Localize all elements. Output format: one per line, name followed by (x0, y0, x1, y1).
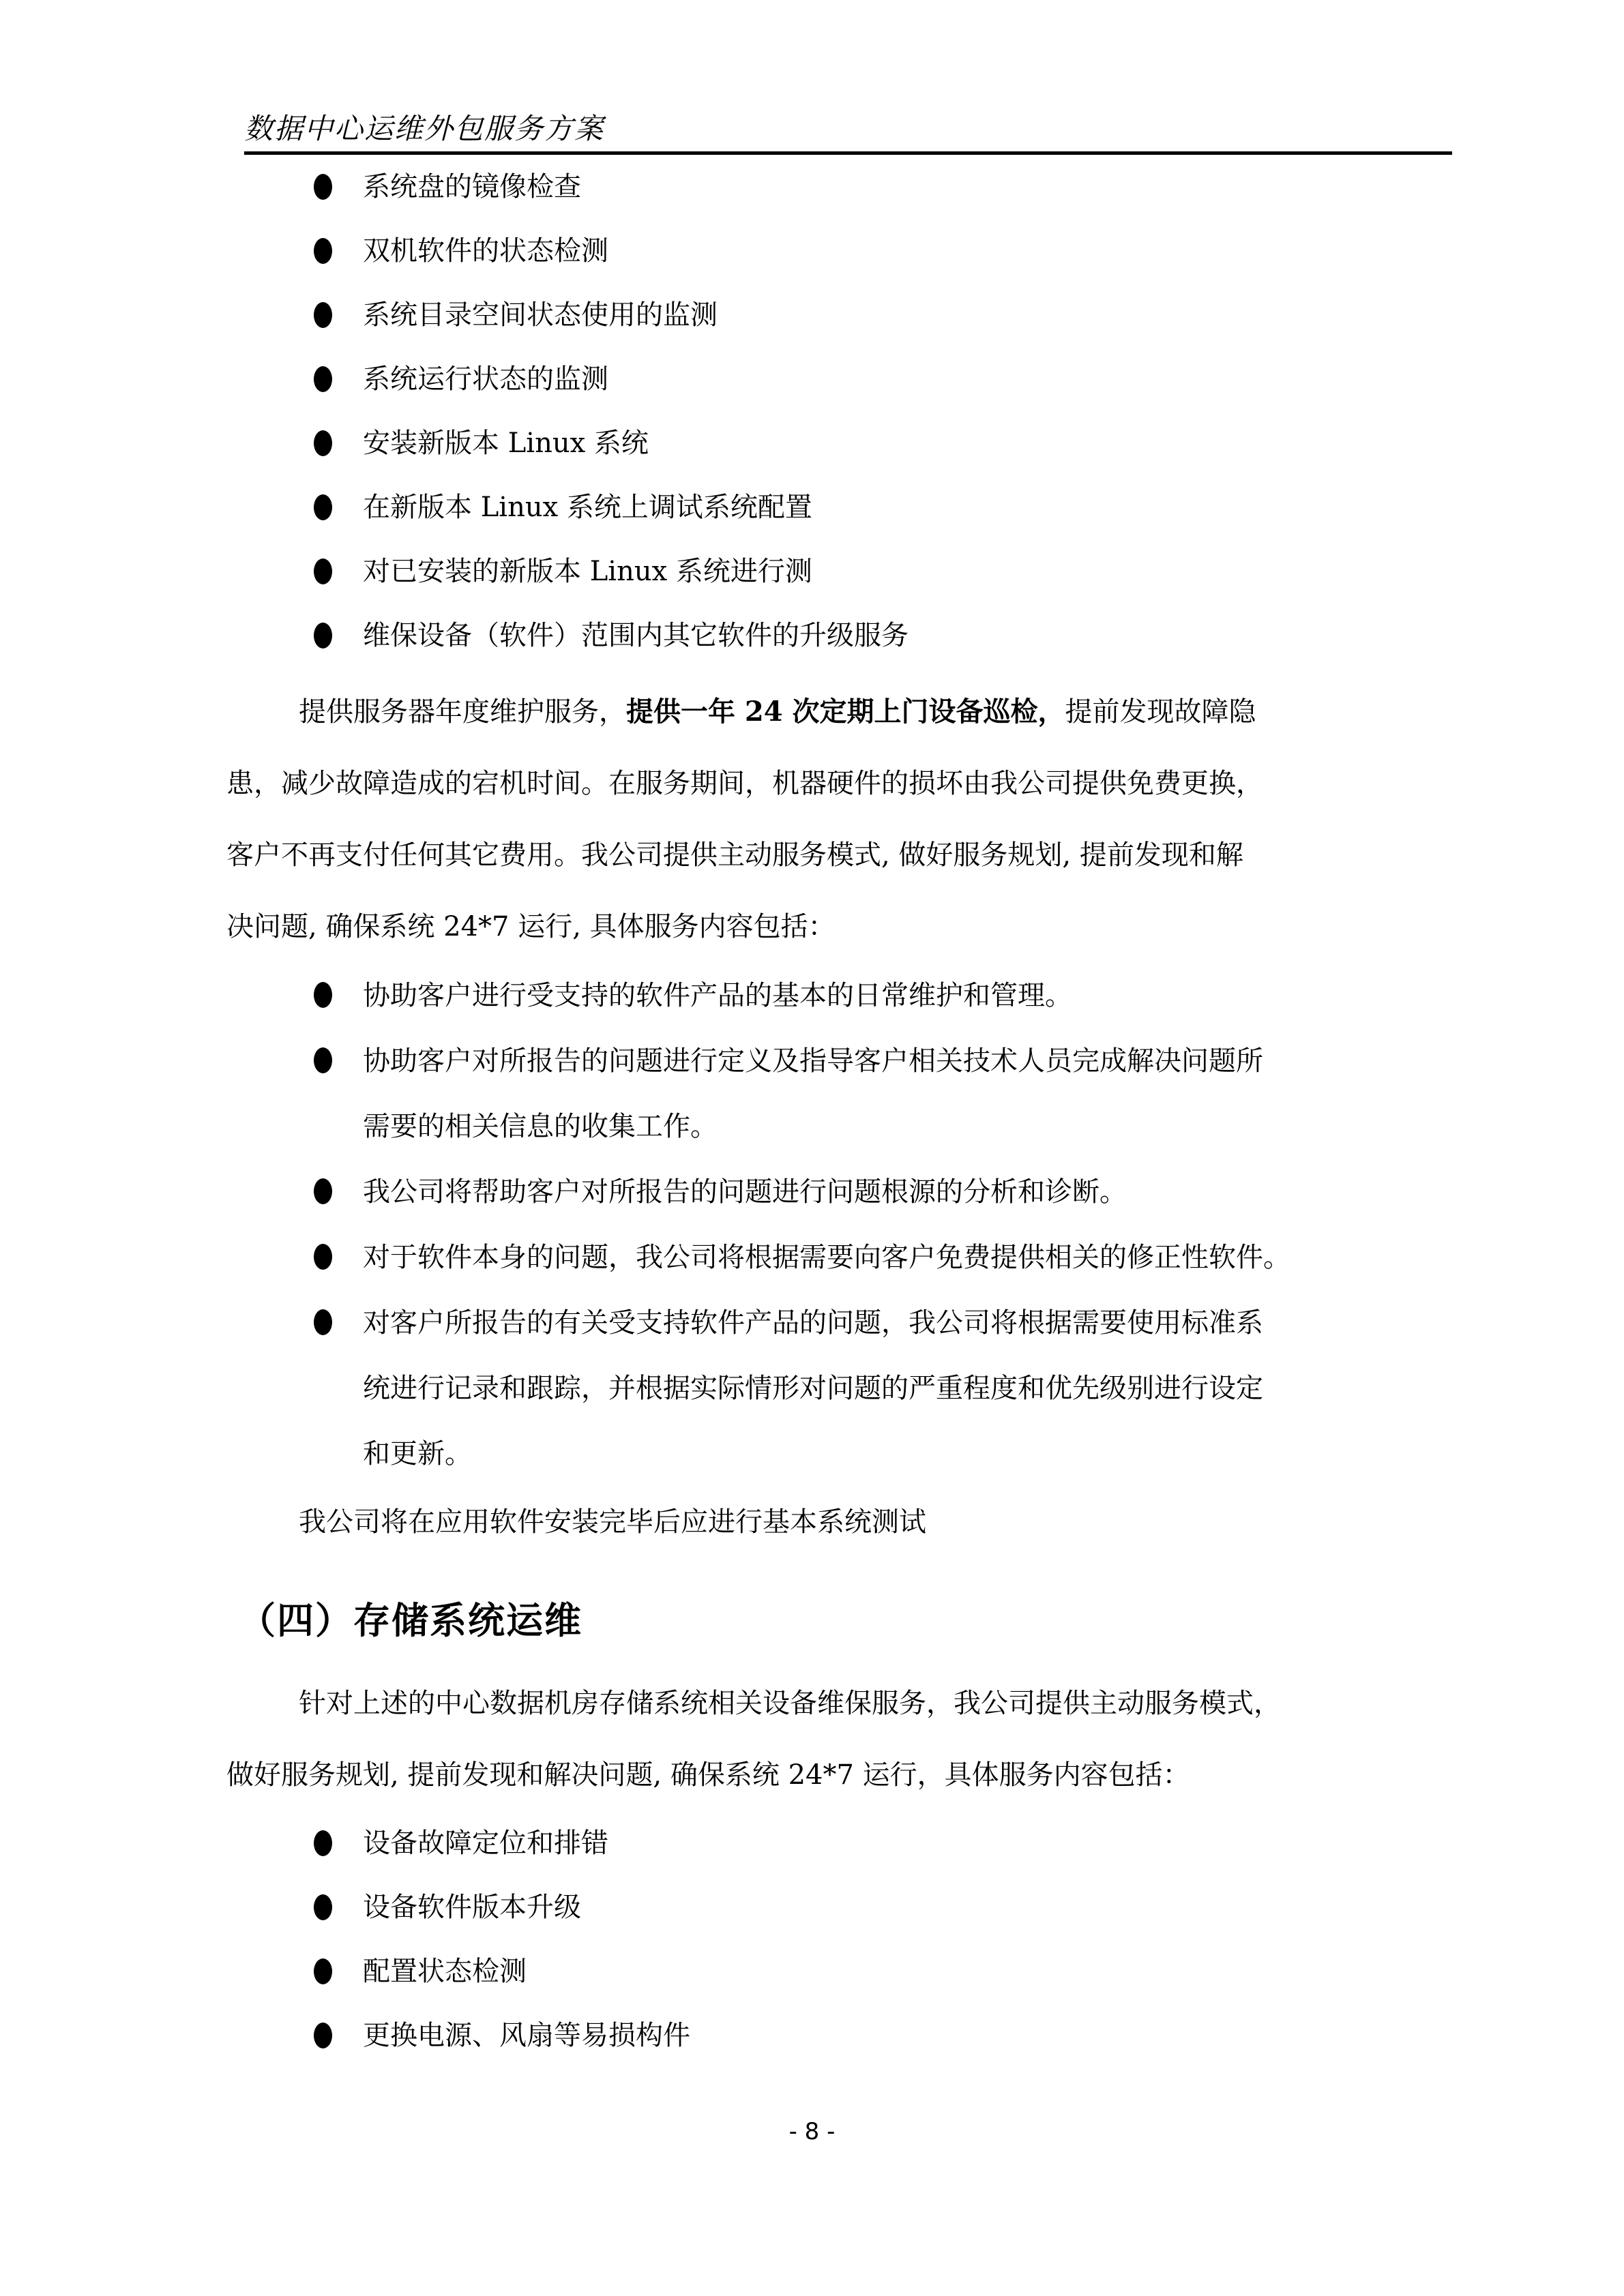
bullet-icon (314, 982, 332, 1008)
list-item: 协助客户对所报告的问题进行定义及指导客户相关技术人员完成解决问题所 需要的相关信… (226, 1028, 1452, 1159)
bullet-box (314, 1811, 363, 1856)
bullet-box (314, 1159, 363, 1204)
list-item-text: 系统盘的镜像检查 (363, 155, 581, 219)
bullet-icon (314, 366, 332, 392)
list-item-text: 设备故障定位和排错 (363, 1811, 608, 1875)
bullet-box (314, 411, 363, 456)
bullet-box (314, 1875, 363, 1920)
list-item-text: 协助客户对所报告的问题进行定义及指导客户相关技术人员完成解决问题所 需要的相关信… (363, 1028, 1263, 1159)
server-maintenance-bullet-list: 系统盘的镜像检查 双机软件的状态检测 系统目录空间状态使用的监测 (226, 155, 1452, 668)
paragraph-annual-maintenance: 提供服务器年度维护服务，提供一年 24 次定期上门设备巡检，提前发现故障隐 患，… (226, 676, 1452, 963)
bullet-icon (314, 1894, 332, 1920)
list-item-text: 对于软件本身的问题，我公司将根据需要向客户免费提供相关的修正性软件。 (363, 1225, 1290, 1290)
bullet-box (314, 1225, 363, 1270)
list-item: 我公司将帮助客户对所报告的问题进行问题根源的分析和诊断。 (226, 1159, 1452, 1225)
list-item-text: 系统运行状态的监测 (363, 347, 608, 411)
bullet-box (314, 1939, 363, 1984)
bullet-box (314, 539, 363, 584)
document-page: 数据中心运维外包服务方案 系统盘的镜像检查 双机软件的状态检测 (0, 0, 1624, 2296)
paragraph-lead-text: 提供服务器年度维护服务， (299, 696, 626, 728)
list-item: 配置状态检测 (226, 1939, 1452, 2003)
bullet-icon (314, 494, 332, 520)
list-item-text: 安装新版本 Linux 系统 (363, 411, 649, 475)
list-item: 对客户所报告的有关受支持软件产品的问题，我公司将根据需要使用标准系 统进行记录和… (226, 1290, 1452, 1487)
document-header-title: 数据中心运维外包服务方案 (244, 115, 1452, 143)
bullet-box (314, 283, 363, 328)
paragraph-system-test: 我公司将在应用软件安装完毕后应进行基本系统测试 (226, 1487, 1452, 1558)
list-item: 维保设备（软件）范围内其它软件的升级服务 (226, 603, 1452, 668)
bullet-box (314, 1028, 363, 1073)
list-item: 系统目录空间状态使用的监测 (226, 283, 1452, 347)
bullet-icon (314, 238, 332, 264)
list-item: 双机软件的状态检测 (226, 219, 1452, 283)
list-item-text: 我公司将帮助客户对所报告的问题进行问题根源的分析和诊断。 (363, 1159, 1127, 1225)
bullet-icon (314, 1047, 332, 1073)
list-item: 对已安装的新版本 Linux 系统进行测 (226, 539, 1452, 603)
list-item: 对于软件本身的问题，我公司将根据需要向客户免费提供相关的修正性软件。 (226, 1225, 1452, 1290)
paragraph-storage-service: 针对上述的中心数据机房存储系统相关设备维保服务，我公司提供主动服务模式， 做好服… (226, 1668, 1452, 1811)
section-heading-storage-ops: （四）存储系统运维 (239, 1599, 1452, 1643)
bullet-icon (314, 558, 332, 584)
bullet-box (314, 155, 363, 200)
bullet-box (314, 2003, 363, 2048)
storage-service-bullet-list: 设备故障定位和排错 设备软件版本升级 配置状态检测 更换电源、风 (226, 1811, 1452, 2068)
list-item-text: 配置状态检测 (363, 1939, 527, 2003)
bullet-icon (314, 1958, 332, 1984)
bullet-icon (314, 1309, 332, 1335)
page-header: 数据中心运维外包服务方案 (244, 115, 1452, 155)
bullet-box (314, 603, 363, 648)
list-item-text: 设备软件版本升级 (363, 1875, 581, 1939)
list-item-text: 对客户所报告的有关受支持软件产品的问题，我公司将根据需要使用标准系 统进行记录和… (363, 1290, 1263, 1487)
list-item: 更换电源、风扇等易损构件 (226, 2003, 1452, 2068)
list-item: 设备故障定位和排错 (226, 1811, 1452, 1875)
list-item-text: 在新版本 Linux 系统上调试系统配置 (363, 475, 812, 539)
list-item-text: 对已安装的新版本 Linux 系统进行测 (363, 539, 812, 603)
page-number: - 8 - (0, 2118, 1624, 2145)
bullet-box (314, 963, 363, 1008)
bullet-icon (314, 430, 332, 456)
bullet-icon (314, 302, 332, 328)
bullet-icon (314, 1178, 332, 1204)
paragraph-rest-text: 提前发现故障隐 患，减少故障造成的宕机时间。在服务期间，机器硬件的损坏由我公司提… (226, 696, 1263, 942)
bullet-box (314, 1290, 363, 1335)
list-item: 安装新版本 Linux 系统 (226, 411, 1452, 475)
list-item-text: 系统目录空间状态使用的监测 (363, 283, 718, 347)
bullet-box (314, 475, 363, 520)
proactive-service-bullet-list: 协助客户进行受支持的软件产品的基本的日常维护和管理。 协助客户对所报告的问题进行… (226, 963, 1452, 1487)
list-item: 系统运行状态的监测 (226, 347, 1452, 411)
list-item: 系统盘的镜像检查 (226, 155, 1452, 219)
bullet-icon (314, 1830, 332, 1856)
bullet-box (314, 219, 363, 264)
list-item-text: 维保设备（软件）范围内其它软件的升级服务 (363, 603, 909, 668)
list-item-text: 更换电源、风扇等易损构件 (363, 2003, 690, 2068)
list-item: 设备软件版本升级 (226, 1875, 1452, 1939)
bullet-icon (314, 623, 332, 648)
bullet-icon (314, 2023, 332, 2048)
bullet-icon (314, 1244, 332, 1270)
list-item-text: 协助客户进行受支持的软件产品的基本的日常维护和管理。 (363, 963, 1072, 1028)
list-item: 在新版本 Linux 系统上调试系统配置 (226, 475, 1452, 539)
paragraph-bold-text: 提供一年 24 次定期上门设备巡检， (626, 696, 1065, 728)
list-item: 协助客户进行受支持的软件产品的基本的日常维护和管理。 (226, 963, 1452, 1028)
bullet-icon (314, 174, 332, 200)
list-item-text: 双机软件的状态检测 (363, 219, 608, 283)
bullet-box (314, 347, 363, 392)
